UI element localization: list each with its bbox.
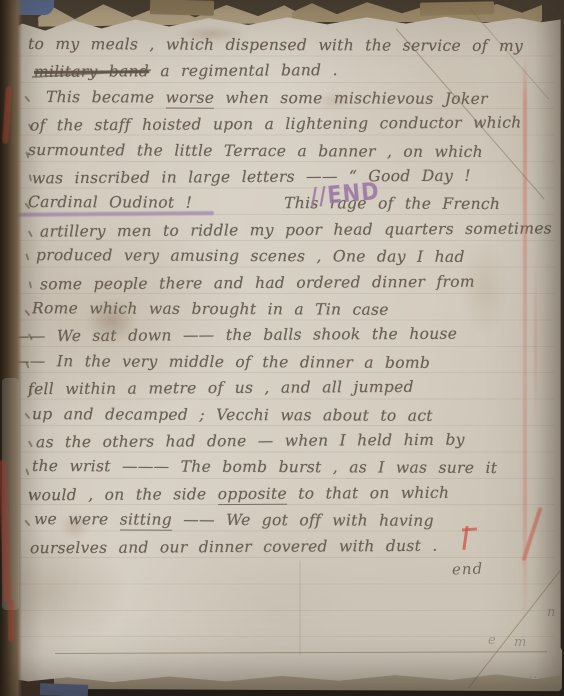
underlined-word-sitting: sitting [120, 511, 172, 531]
edge-text-fragment: m [514, 636, 526, 649]
handwritten-line-14: fell within a metre of us , and all jump… [28, 378, 414, 399]
handwritten-line-08: artillery men to riddle my poor head qua… [40, 219, 552, 241]
photographed-manuscript-page: to my meals , which dispensed with the s… [0, 0, 564, 696]
end-note-text: end [452, 561, 484, 577]
handwritten-line-07: Cardinal Oudinot !This rage of the Frenc… [28, 193, 500, 214]
handwritten-line-02: military band a regimental band . [34, 61, 338, 81]
purple-end-stamp: //END [309, 179, 381, 209]
handwritten-line-11: Rome which was brought in a Tin case [32, 299, 389, 319]
handwritten-line-16: as the others had done — when I held him… [36, 431, 465, 452]
handwritten-line-06: was inscribed in large letters —— “ Good… [32, 167, 471, 188]
torn-paper-chip [150, 0, 214, 16]
line-02-rest: a regimental band . [149, 61, 338, 80]
page-edge-shadow [535, 18, 561, 682]
line-03-pre: This became [46, 88, 166, 107]
struck-out-text: military band [34, 62, 149, 81]
handwritten-line-18: would , on the side opposite to that on … [28, 484, 449, 505]
edge-text-fragment: e [488, 634, 496, 647]
handwritten-line-05: surmounted the little Terrace a banner ,… [28, 141, 483, 162]
underlined-word-worse: worse [166, 89, 215, 109]
blue-cover-corner-bottom [40, 683, 88, 696]
handwritten-line-20: ourselves and our dinner covered with du… [30, 537, 438, 558]
torn-paper-chip [420, 1, 494, 15]
book-binding-edge [0, 0, 22, 696]
red-edge-line [523, 56, 527, 626]
handwritten-line-01: to my meals , which dispensed with the s… [28, 35, 523, 56]
cardinal-oudinot-text: Cardinal Oudinot ! [28, 193, 192, 212]
handwritten-line-19: we were sitting —— We got off with havin… [34, 510, 434, 530]
handwritten-line-04: of the staff hoisted upon a lightening c… [30, 113, 522, 135]
red-binding-streak [2, 86, 12, 144]
handwritten-line-09: produced very amusing scenes , One day I… [36, 246, 465, 266]
manuscript-page: to my meals , which dispensed with the s… [0, 0, 564, 696]
handwritten-line-03: This became worse when some mischievous … [46, 88, 488, 109]
handwritten-line-12: —— We sat down —— the balls shook the ho… [14, 325, 457, 346]
red-edge-line [534, 250, 537, 430]
handwritten-line-15: up and decamped ; Vecchi was about to ac… [32, 405, 433, 425]
line-03-post: when some mischievous Joker [214, 89, 488, 108]
paper-crease [300, 561, 301, 656]
red-binding-streak [8, 600, 14, 642]
handwritten-line-13: —— In the very middle of the dinner a bo… [14, 352, 430, 372]
line-18-post: to that on which [287, 484, 449, 503]
line-19-pre: we were [34, 510, 120, 528]
underlined-word-opposite: opposite [218, 485, 287, 505]
line-18-pre: would , on the side [28, 485, 218, 504]
line-19-post: —— We got off with having [172, 511, 434, 530]
handwritten-line-10: some people there and had ordered dinner… [40, 273, 475, 294]
handwritten-line-17: the wrist ——— The bomb burst , as I was … [32, 457, 497, 478]
